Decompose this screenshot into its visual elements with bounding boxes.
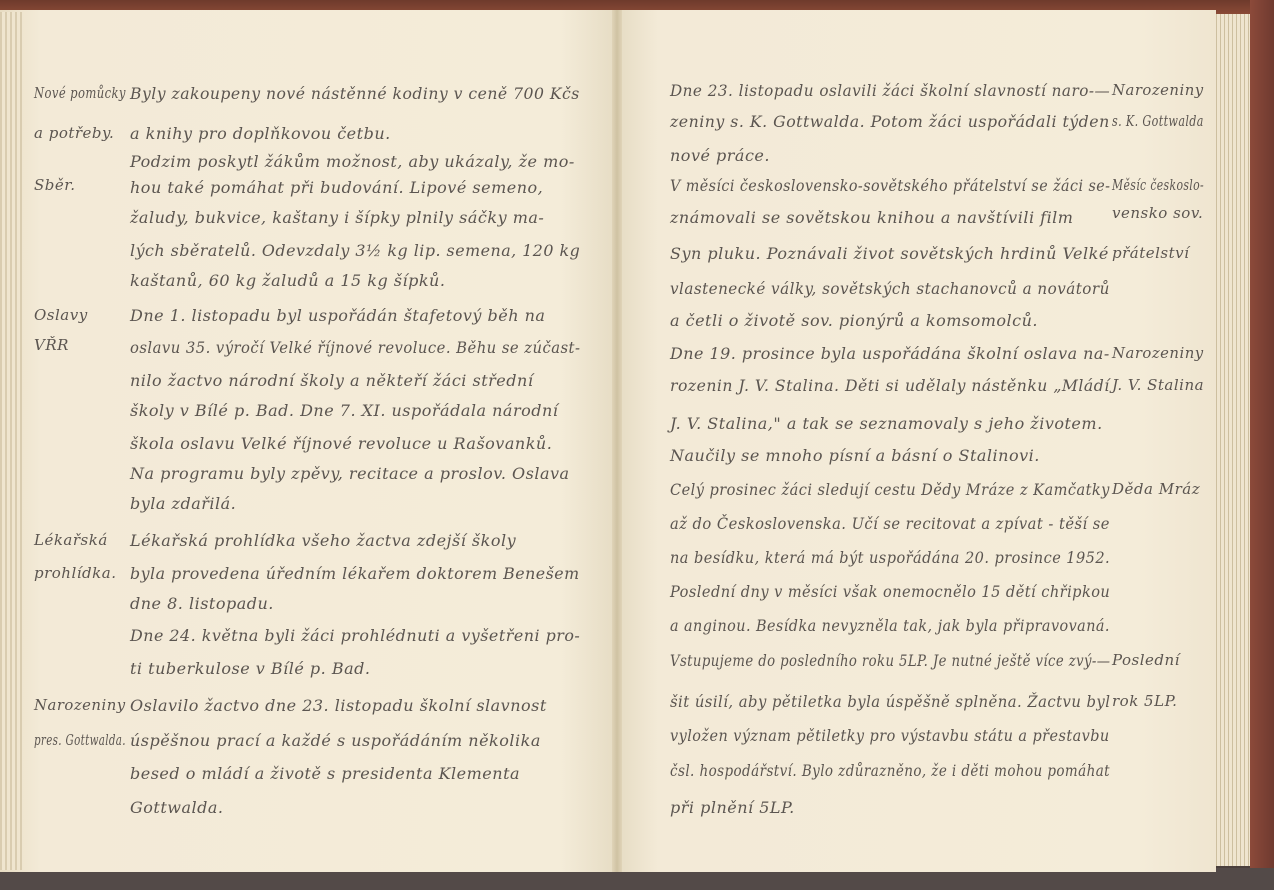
text-line: úspěšnou prací a každé s uspořádáním něk…: [130, 731, 541, 750]
text-line: oslavu 35. výročí Velké říjnové revoluce…: [130, 338, 580, 357]
text-line: při plnění 5LP.: [670, 798, 795, 817]
text-line: Syn pluku. Poznávali život sovětských hr…: [670, 244, 1109, 263]
margin-note: vensko sov.: [1112, 204, 1203, 222]
book-gutter: [612, 10, 622, 872]
text-line: Gottwalda.: [130, 798, 224, 817]
margin-note: Narozeniny: [34, 696, 126, 714]
text-line: Oslavilo žactvo dne 23. listopadu školní…: [130, 696, 547, 715]
text-line: byla zdařilá.: [130, 494, 236, 513]
text-line: byla provedena úředním lékařem doktorem …: [130, 564, 580, 583]
text-line: Dne 1. listopadu byl uspořádán štafetový…: [130, 306, 545, 325]
text-line: zeniny s. K. Gottwalda. Potom žáci uspoř…: [670, 112, 1110, 131]
text-line: nové práce.: [670, 146, 770, 165]
text-line: šit úsilí, aby pětiletka byla úspěšně sp…: [670, 692, 1110, 711]
margin-note: a potřeby.: [34, 124, 114, 142]
text-line: škola oslavu Velké říjnové revoluce u Ra…: [130, 434, 552, 453]
book-cover-right: [1250, 0, 1274, 880]
text-line: a anginou. Besídka nevyzněla tak, jak by…: [670, 616, 1110, 635]
right-page-edges: [1216, 14, 1250, 866]
text-line: Lékařská prohlídka všeho žactva zdejší š…: [130, 531, 516, 550]
text-line: a knihy pro doplňkovou četbu.: [130, 124, 391, 143]
text-line: známovali se sovětskou knihou a navštívi…: [670, 208, 1073, 227]
margin-note: pres. Gottwalda.: [34, 731, 126, 749]
text-line: Dne 23. listopadu oslavili žáci školní s…: [670, 81, 1110, 100]
text-line: lých sběratelů. Odevzdaly 3½ kg lip. sem…: [130, 241, 580, 260]
text-line: V měsíci československo-sovětského přáte…: [670, 176, 1110, 195]
text-line: Byly zakoupeny nové nástěnné kodiny v ce…: [130, 84, 580, 103]
text-line: na besídku, která má být uspořádána 20. …: [670, 548, 1110, 567]
margin-note: J. V. Stalina: [1112, 376, 1204, 394]
text-line: J. V. Stalina," a tak se seznamovaly s j…: [670, 414, 1103, 433]
text-line: školy v Bílé p. Bad. Dne 7. XI. uspořáda…: [130, 401, 558, 420]
margin-note: Poslední: [1112, 651, 1180, 669]
margin-note: přátelství: [1112, 244, 1189, 262]
text-line: kaštanů, 60 kg žaludů a 15 kg šípků.: [130, 271, 445, 290]
left-page-edges: [0, 12, 22, 870]
margin-note: Sběr.: [34, 176, 76, 194]
text-line: vlastenecké války, sovětských stachanovc…: [670, 279, 1110, 298]
text-line: nilo žactvo národní školy a někteří žáci…: [130, 371, 533, 390]
margin-note: Nové pomůcky: [34, 84, 126, 102]
margin-note: Narozeniny: [1112, 81, 1204, 99]
text-line: rozenin J. V. Stalina. Děti si udělaly n…: [670, 376, 1110, 395]
text-line: dne 8. listopadu.: [130, 594, 274, 613]
right-page: Narozeninys. K. GottwaldaMěsíc českoslo-…: [618, 10, 1216, 872]
margin-note: Narozeniny: [1112, 344, 1204, 362]
text-line: Dne 24. května byli žáci prohlédnuti a v…: [130, 626, 580, 645]
text-line: čsl. hospodářství. Bylo zdůrazněno, že i…: [670, 761, 1110, 780]
text-line: a četli o životě sov. pionýrů a komsomol…: [670, 311, 1038, 330]
text-line: Na programu byly zpěvy, recitace a prosl…: [130, 464, 570, 483]
text-line: až do Československa. Učí se recitovat a…: [670, 514, 1110, 533]
text-line: Podzim poskytl žákům možnost, aby ukázal…: [130, 152, 575, 171]
text-line: Naučily se mnoho písní a básní o Stalino…: [670, 446, 1040, 465]
text-line: Celý prosinec žáci sledují cestu Dědy Mr…: [670, 480, 1110, 499]
text-line: hou také pomáhat při budování. Lipové se…: [130, 178, 543, 197]
left-page: Nové pomůckya potřeby.Sběr.OslavyVŘRLéka…: [0, 10, 616, 872]
text-line: žaludy, bukvice, kaštany i šípky plnily …: [130, 208, 544, 227]
margin-note: Lékařská: [34, 531, 108, 549]
text-line: Dne 19. prosince byla uspořádána školní …: [670, 344, 1110, 363]
margin-note: Oslavy: [34, 306, 88, 324]
text-line: Vstupujeme do posledního roku 5LP. Je nu…: [670, 651, 1110, 670]
margin-note: prohlídka.: [34, 564, 116, 582]
margin-note: Děda Mráz: [1112, 480, 1200, 498]
margin-note: rok 5LP.: [1112, 692, 1177, 710]
text-line: besed o mládí a životě s presidenta Klem…: [130, 764, 520, 783]
text-line: ti tuberkulose v Bílé p. Bad.: [130, 659, 370, 678]
text-line: vyložen význam pětiletky pro výstavbu st…: [670, 726, 1110, 745]
text-line: Poslední dny v měsíci však onemocnělo 15…: [670, 582, 1110, 601]
margin-note: VŘR: [34, 336, 69, 354]
margin-note: s. K. Gottwalda: [1112, 112, 1204, 130]
margin-note: Měsíc českoslo-: [1112, 176, 1204, 194]
